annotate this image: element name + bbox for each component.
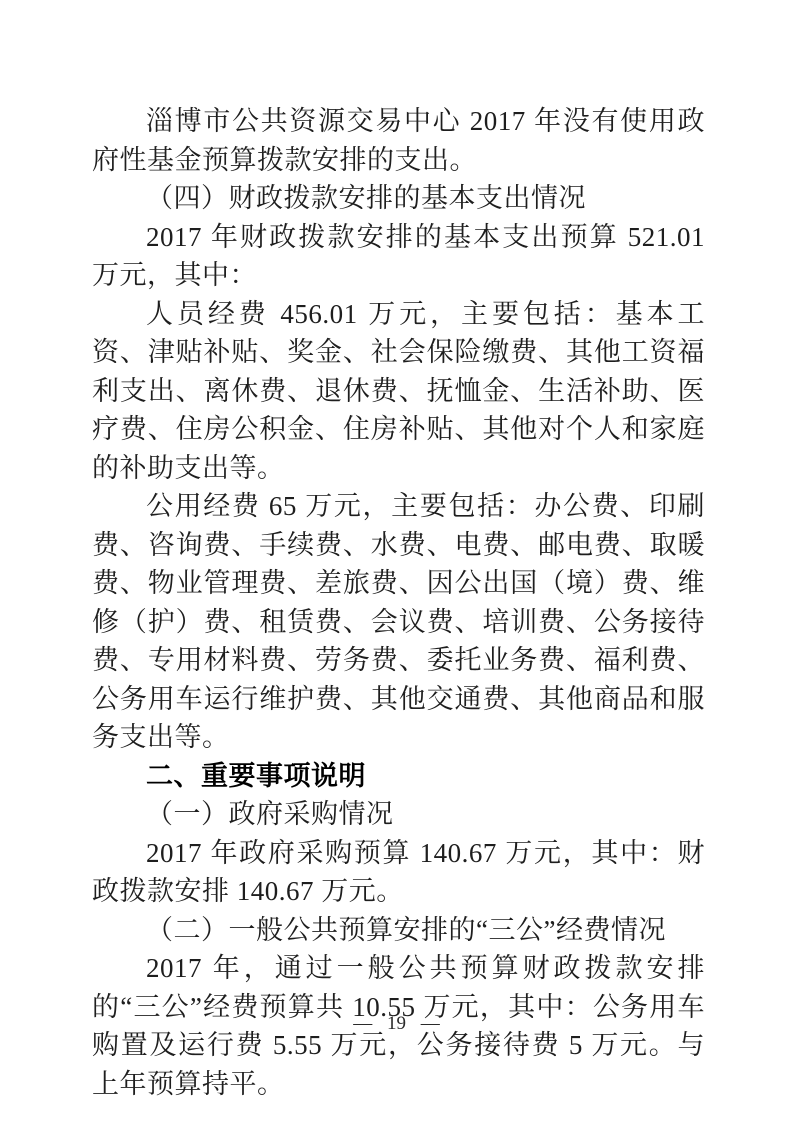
paragraph-personnel-expense: 人员经费 456.01 万元，主要包括：基本工资、津贴补贴、奖金、社会保险缴费、… bbox=[92, 295, 705, 488]
paragraph-basic-expenditure: 2017 年财政拨款安排的基本支出预算 521.01 万元，其中： bbox=[92, 218, 705, 295]
heading-section-4: （四）财政拨款安排的基本支出情况 bbox=[92, 179, 705, 218]
document-body: 淄博市公共资源交易中心 2017 年没有使用政府性基金预算拨款安排的支出。 （四… bbox=[92, 102, 705, 1103]
document-page: 淄博市公共资源交易中心 2017 年没有使用政府性基金预算拨款安排的支出。 （四… bbox=[0, 0, 793, 1122]
heading-important-matters: 二、重要事项说明 bbox=[92, 757, 705, 796]
paragraph-public-expense: 公用经费 65 万元，主要包括：办公费、印刷费、咨询费、手续费、水费、电费、邮电… bbox=[92, 487, 705, 757]
page-footer: — 19 — bbox=[0, 1012, 793, 1036]
page-number: — 19 — bbox=[353, 1013, 440, 1034]
paragraph-gov-fund-statement: 淄博市公共资源交易中心 2017 年没有使用政府性基金预算拨款安排的支出。 bbox=[92, 102, 705, 179]
heading-three-public-funds: （二）一般公共预算安排的“三公”经费情况 bbox=[92, 911, 705, 950]
heading-gov-procurement: （一）政府采购情况 bbox=[92, 795, 705, 834]
paragraph-gov-procurement: 2017 年政府采购预算 140.67 万元，其中：财政拨款安排 140.67 … bbox=[92, 834, 705, 911]
